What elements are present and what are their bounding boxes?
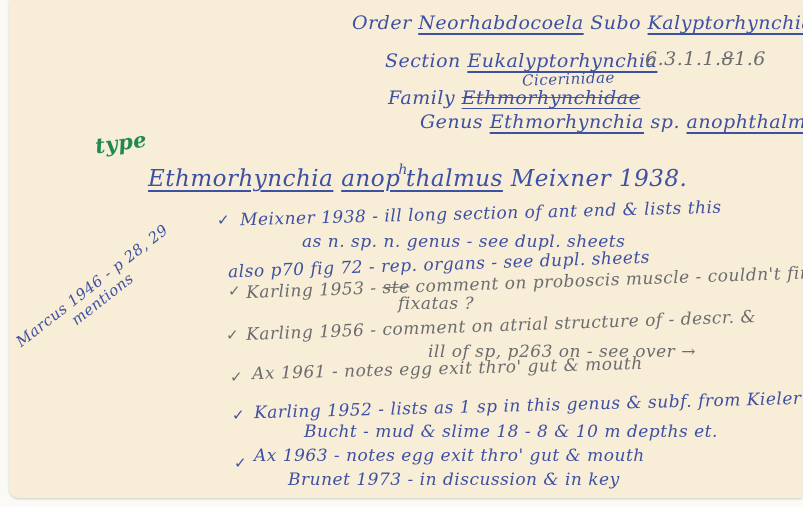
suborder-value: Kalyptorhynchia: [648, 12, 803, 34]
catalog-code: 6.3.1.1.81.6: [645, 48, 766, 70]
checkmark: ✓: [232, 406, 245, 424]
catalog-code-struck: 8: [722, 48, 735, 70]
section-label: Section: [385, 50, 461, 72]
catalog-code-pre: 6.3.1.1.: [645, 48, 722, 70]
entry-brunet-1973: Brunet 1973 - in discussion & in key: [288, 470, 620, 490]
title-genus: Ethmorhynchia: [148, 166, 333, 192]
checkmark: ✓: [230, 368, 243, 386]
taxon-genus-line: Genus Ethmorhynchia sp. anophthalmus: [420, 111, 803, 133]
section-value: Eukalyptorhynchia: [467, 50, 657, 72]
species-title: Ethmorhynchia anophthalmus Meixner 1938.: [148, 166, 687, 192]
checkmark: ✓: [226, 326, 239, 344]
taxon-family-line: Family Ethmorhynchidae: [388, 87, 640, 109]
scanned-index-card: Order Neorhabdocoela Subo Kalyptorhynchi…: [0, 0, 803, 507]
entry-ax-1963: Ax 1963 - notes egg exit thro' gut & mou…: [254, 446, 645, 466]
sp-label: sp.: [651, 111, 680, 133]
suborder-label: Subo: [590, 12, 641, 34]
order-label: Order: [352, 12, 412, 34]
checkmark: ✓: [217, 211, 230, 229]
checkmark: ✓: [234, 454, 247, 472]
genus-value: Ethmorhynchia: [490, 111, 644, 133]
margin-note: Marcus 1946 - p 28, 29 mentions: [34, 330, 222, 364]
title-authority: Meixner 1938.: [511, 166, 688, 192]
taxon-order-line: Order Neorhabdocoela Subo Kalyptorhynchi…: [352, 12, 803, 34]
title-species: anophthalmus: [341, 166, 503, 192]
taxon-section-line: Section Eukalyptorhynchia: [385, 50, 657, 72]
genus-label: Genus: [420, 111, 483, 133]
order-value: Neorhabdocoela: [418, 12, 583, 34]
family-label: Family: [388, 87, 455, 109]
inserted-letter: h: [398, 162, 408, 178]
checkmark: ✓: [228, 282, 241, 300]
catalog-code-post: 1.6: [734, 48, 766, 70]
species-value: anophthalmus: [687, 111, 803, 133]
entry-karling-1953-line2: fixatas ?: [398, 294, 474, 314]
family-value: Ethmorhynchidae: [462, 87, 641, 109]
entry-meixner-1938-line2: as n. sp. n. genus - see dupl. sheets: [302, 232, 625, 252]
entry-karling-1952-line2: Bucht - mud & slime 18 - 8 & 10 m depths…: [304, 422, 718, 442]
